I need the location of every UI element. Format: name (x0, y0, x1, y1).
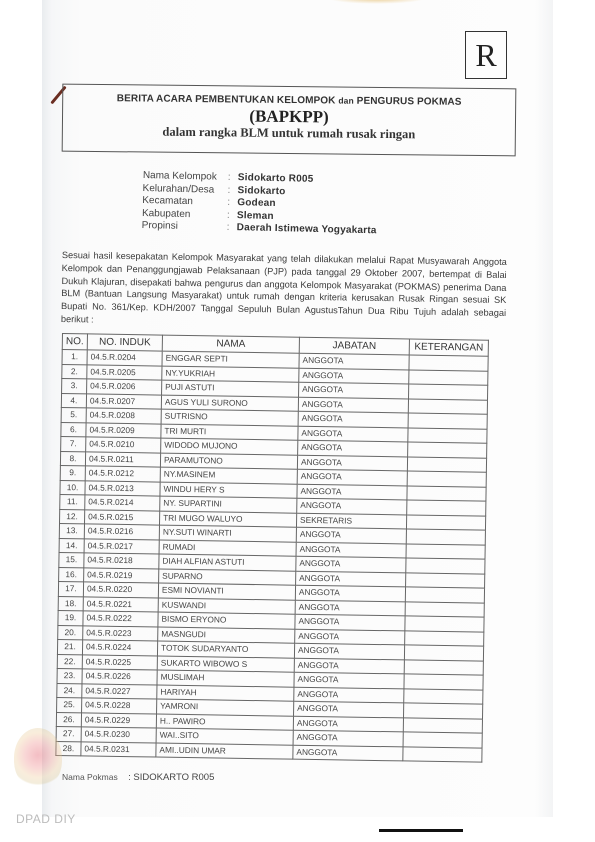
cell-nama: ENGGAR SEPTI (162, 351, 299, 368)
cell-no: 7. (61, 436, 86, 451)
cell-keterangan (408, 427, 487, 443)
cell-jabatan: ANGGOTA (295, 600, 405, 616)
members-table: NO.NO. INDUKNAMAJABATANKETERANGAN 1.04.5… (55, 333, 489, 763)
cell-no: 25. (57, 697, 82, 712)
cell-keterangan (409, 369, 488, 385)
cell-no: 9. (60, 465, 85, 480)
cell-keterangan (406, 572, 485, 588)
cell-no: 13. (59, 523, 84, 538)
cell-nama: SUKARTO WIBOWO S (157, 656, 294, 673)
cell-no-induk: 04.5.R.0222 (83, 611, 158, 627)
info-value: Godean (237, 197, 276, 210)
bottom-bar (379, 829, 463, 832)
cell-no-induk: 04.5.R.0209 (86, 422, 161, 438)
cell-jabatan: ANGGOTA (294, 643, 404, 659)
cell-keterangan (406, 558, 485, 574)
cell-no-induk: 04.5.R.0208 (86, 408, 161, 424)
cell-no: 12. (60, 509, 85, 524)
cell-jabatan: ANGGOTA (296, 556, 406, 572)
cell-no-induk: 04.5.R.0230 (81, 727, 156, 743)
cell-no-induk: 04.5.R.0212 (85, 466, 160, 482)
cell-nama: BISMO ERYONO (158, 612, 295, 629)
cell-jabatan: ANGGOTA (295, 614, 405, 630)
cell-jabatan: ANGGOTA (293, 716, 403, 732)
cell-jabatan: ANGGOTA (293, 745, 403, 761)
cell-keterangan (404, 659, 483, 675)
cell-no: 5. (61, 407, 86, 422)
info-colon: : (228, 172, 238, 185)
info-colon: : (227, 222, 237, 235)
cell-no: 1. (62, 350, 87, 365)
document-title-box: BERITA ACARA PEMBENTUKAN KELOMPOK dan PE… (62, 84, 517, 157)
cell-keterangan (407, 500, 486, 516)
table-body: 1.04.5.R.0204ENGGAR SEPTIANGGOTA2.04.5.R… (56, 350, 488, 763)
cell-no-induk: 04.5.R.0207 (86, 393, 161, 409)
group-info: Nama Kelompok:Sidokarto R005Kelurahan/De… (142, 170, 378, 238)
cell-keterangan (403, 717, 482, 733)
info-colon: : (227, 197, 237, 210)
cell-nama: TRI MURTI (161, 424, 298, 441)
cell-no: 15. (59, 552, 84, 567)
cell-no-induk: 04.5.R.0227 (82, 683, 157, 699)
column-header: NO. INDUK (87, 334, 162, 351)
cell-no: 23. (57, 668, 82, 683)
cell-jabatan: ANGGOTA (297, 484, 407, 500)
cell-no: 18. (58, 596, 83, 611)
cell-no: 22. (57, 654, 82, 669)
column-header: JABATAN (299, 337, 409, 355)
cell-nama: PARAMUTONO (160, 453, 297, 470)
cell-keterangan (408, 413, 487, 429)
cell-keterangan (405, 616, 484, 632)
cell-nama: PUJI ASTUTI (162, 380, 299, 397)
cell-keterangan (405, 587, 484, 603)
cell-no-induk: 04.5.R.0205 (87, 364, 162, 380)
cell-nama: DIAH ALFIAN ASTUTI (159, 554, 296, 571)
info-value: Sleman (237, 210, 274, 223)
cell-jabatan: SEKRETARIS (296, 513, 406, 529)
cell-no: 17. (58, 581, 83, 596)
cell-jabatan: ANGGOTA (299, 382, 409, 398)
cell-jabatan: ANGGOTA (296, 571, 406, 587)
cell-keterangan (407, 471, 486, 487)
cell-keterangan (408, 442, 487, 458)
footer-pokmas: Nama Pokmas : SIDOKARTO R005 (62, 772, 214, 783)
cell-no: 10. (60, 480, 85, 495)
cell-no: 6. (61, 422, 86, 437)
cell-nama: AMI..UDIN UMAR (156, 743, 293, 760)
cell-jabatan: ANGGOTA (294, 701, 404, 717)
info-colon: : (227, 184, 237, 197)
cell-nama: YAMRONI (157, 699, 294, 716)
cell-no: 2. (62, 364, 87, 379)
cell-no: 11. (60, 494, 85, 509)
cell-no-induk: 04.5.R.0224 (82, 640, 157, 656)
cell-nama: SUTRISNO (161, 409, 298, 426)
info-value: Sidokarto (237, 185, 285, 199)
cell-keterangan (407, 456, 486, 472)
cell-nama: TRI MUGO WALUYO (159, 511, 296, 528)
cell-keterangan (404, 688, 483, 704)
cell-no-induk: 04.5.R.0228 (82, 698, 157, 714)
cell-no-induk: 04.5.R.0225 (82, 654, 157, 670)
cell-jabatan: ANGGOTA (298, 426, 408, 442)
cell-jabatan: ANGGOTA (294, 672, 404, 688)
info-label: Propinsi (142, 220, 227, 234)
cell-nama: ESMI NOVIANTI (158, 583, 295, 600)
cell-jabatan: ANGGOTA (297, 455, 407, 471)
cell-no-induk: 04.5.R.0221 (83, 596, 158, 612)
paper-stain (327, 0, 427, 4)
cell-no: 8. (60, 451, 85, 466)
cell-nama: H.. PAWIRO (156, 714, 293, 731)
cell-jabatan: ANGGOTA (295, 629, 405, 645)
document-code-box: R (465, 31, 507, 79)
cell-no: 24. (57, 683, 82, 698)
cell-jabatan: ANGGOTA (298, 440, 408, 456)
cell-keterangan (404, 674, 483, 690)
cell-no-induk: 04.5.R.0211 (85, 451, 160, 467)
cell-keterangan (408, 398, 487, 414)
column-header: NO. (62, 334, 87, 350)
cell-keterangan (406, 514, 485, 530)
cell-keterangan (406, 529, 485, 545)
cell-no: 4. (61, 393, 86, 408)
title-line-1-c: PENGURUS POKMAS (357, 96, 462, 108)
cell-keterangan (405, 630, 484, 646)
cell-nama: TOTOK SUDARYANTO (157, 641, 294, 658)
cell-jabatan: ANGGOTA (298, 411, 408, 427)
info-colon: : (227, 209, 237, 222)
cell-no-induk: 04.5.R.0210 (86, 437, 161, 453)
cell-jabatan: ANGGOTA (295, 585, 405, 601)
cell-no-induk: 04.5.R.0206 (87, 379, 162, 395)
members-table-wrap: NO.NO. INDUKNAMAJABATANKETERANGAN 1.04.5… (55, 333, 489, 763)
cell-keterangan (409, 355, 488, 371)
title-line-1-b: dan (338, 96, 354, 106)
cell-no-induk: 04.5.R.0223 (83, 625, 158, 641)
cell-keterangan (406, 543, 485, 559)
cell-nama: MASNGUDI (158, 627, 295, 644)
cell-no-induk: 04.5.R.0214 (85, 495, 160, 511)
cell-nama: SUPARNO (159, 569, 296, 586)
cell-jabatan: ANGGOTA (297, 498, 407, 514)
cell-no-induk: 04.5.R.0226 (82, 669, 157, 685)
cell-no: 19. (58, 610, 83, 625)
cell-no-induk: 04.5.R.0213 (85, 480, 160, 496)
cell-nama: WINDU HERY S (160, 482, 297, 499)
cell-nama: MUSLIMAH (157, 670, 294, 687)
cell-jabatan: ANGGOTA (293, 730, 403, 746)
cell-keterangan (405, 601, 484, 617)
cell-nama: NY. SUPARTINI (160, 496, 297, 513)
cell-no: 21. (57, 639, 82, 654)
cell-no-induk: 04.5.R.0218 (84, 553, 159, 569)
cell-no-induk: 04.5.R.0215 (85, 509, 160, 525)
watermark: DPAD DIY (16, 812, 76, 826)
cell-jabatan: ANGGOTA (298, 397, 408, 413)
cell-jabatan: ANGGOTA (296, 542, 406, 558)
cell-jabatan: ANGGOTA (294, 658, 404, 674)
cell-no-induk: 04.5.R.0216 (84, 524, 159, 540)
cell-jabatan: ANGGOTA (299, 353, 409, 369)
cell-jabatan: ANGGOTA (294, 687, 404, 703)
cell-nama: RUMADI (159, 540, 296, 557)
cell-no: 16. (59, 567, 84, 582)
cell-no-induk: 04.5.R.0219 (84, 567, 159, 583)
cell-no-induk: 04.5.R.0204 (87, 350, 162, 366)
cell-keterangan (407, 485, 486, 501)
cell-keterangan (409, 384, 488, 400)
intro-paragraph: Sesuai hasil kesepakatan Kelompok Masyar… (61, 249, 507, 333)
cell-no: 26. (56, 712, 81, 727)
title-line-1-a: BERITA ACARA PEMBENTUKAN KELOMPOK (117, 93, 336, 106)
cell-no: 27. (56, 726, 81, 741)
cell-jabatan: ANGGOTA (299, 368, 409, 384)
cell-no-induk: 04.5.R.0231 (81, 741, 156, 757)
cell-nama: NY.MASINEM (160, 467, 297, 484)
cell-nama: AGUS YULI SURONO (161, 395, 298, 412)
cell-no: 20. (58, 625, 83, 640)
cell-nama: KUSWANDI (158, 598, 295, 615)
cell-no-induk: 04.5.R.0217 (84, 538, 159, 554)
cell-nama: WAI..SITO (156, 728, 293, 745)
footer-value: : SIDOKARTO R005 (128, 772, 214, 783)
government-seal-icon (14, 728, 62, 788)
cell-keterangan (403, 732, 482, 748)
column-header: KETERANGAN (409, 339, 488, 356)
cell-keterangan (404, 645, 483, 661)
cell-nama: NY.SUTI WINARTI (159, 525, 296, 542)
cell-nama: WIDODO MUJONO (161, 438, 298, 455)
cell-no-induk: 04.5.R.0220 (83, 582, 158, 598)
cell-no: 14. (59, 538, 84, 553)
footer-label: Nama Pokmas (62, 772, 118, 782)
cell-keterangan (403, 746, 482, 762)
cell-jabatan: ANGGOTA (297, 469, 407, 485)
cell-keterangan (404, 703, 483, 719)
cell-no-induk: 04.5.R.0229 (81, 712, 156, 728)
cell-nama: HARIYAH (157, 685, 294, 702)
cell-no: 3. (62, 379, 87, 394)
cell-nama: NY.YUKRIAH (162, 366, 299, 383)
cell-jabatan: ANGGOTA (296, 527, 406, 543)
